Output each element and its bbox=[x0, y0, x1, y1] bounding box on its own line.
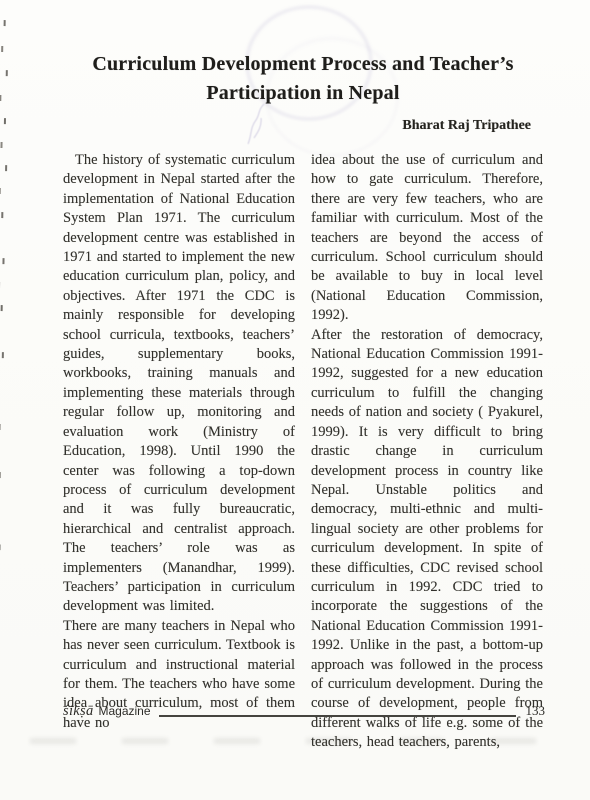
paragraph: After the restoration of democracy, Nati… bbox=[311, 326, 543, 753]
article-title-line2: Participation in Nepal bbox=[206, 82, 399, 104]
page-footer: śikṣā Magazine 133 bbox=[63, 703, 545, 720]
article-content: Curriculum Development Process and Teach… bbox=[63, 0, 543, 753]
binding-marks-artifact bbox=[0, 0, 2, 6]
scanned-page-background: Curriculum Development Process and Teach… bbox=[0, 0, 590, 800]
paragraph: idea about the use of curriculum and how… bbox=[311, 151, 543, 326]
paragraph: The history of systematic curriculum dev… bbox=[63, 151, 295, 617]
journal-name-italic: śikṣā bbox=[63, 703, 94, 720]
two-column-body: The history of systematic curriculum dev… bbox=[63, 151, 543, 753]
left-column: The history of systematic curriculum dev… bbox=[63, 151, 295, 753]
footer-rule bbox=[159, 715, 516, 717]
article-title-line1: Curriculum Development Process and Teach… bbox=[92, 53, 513, 75]
page-number: 133 bbox=[526, 703, 546, 719]
article-title: Curriculum Development Process and Teach… bbox=[63, 50, 543, 108]
journal-name-rest: Magazine bbox=[99, 704, 151, 718]
right-column: idea about the use of curriculum and how… bbox=[311, 151, 543, 753]
author-byline: Bharat Raj Tripathee bbox=[63, 117, 543, 135]
